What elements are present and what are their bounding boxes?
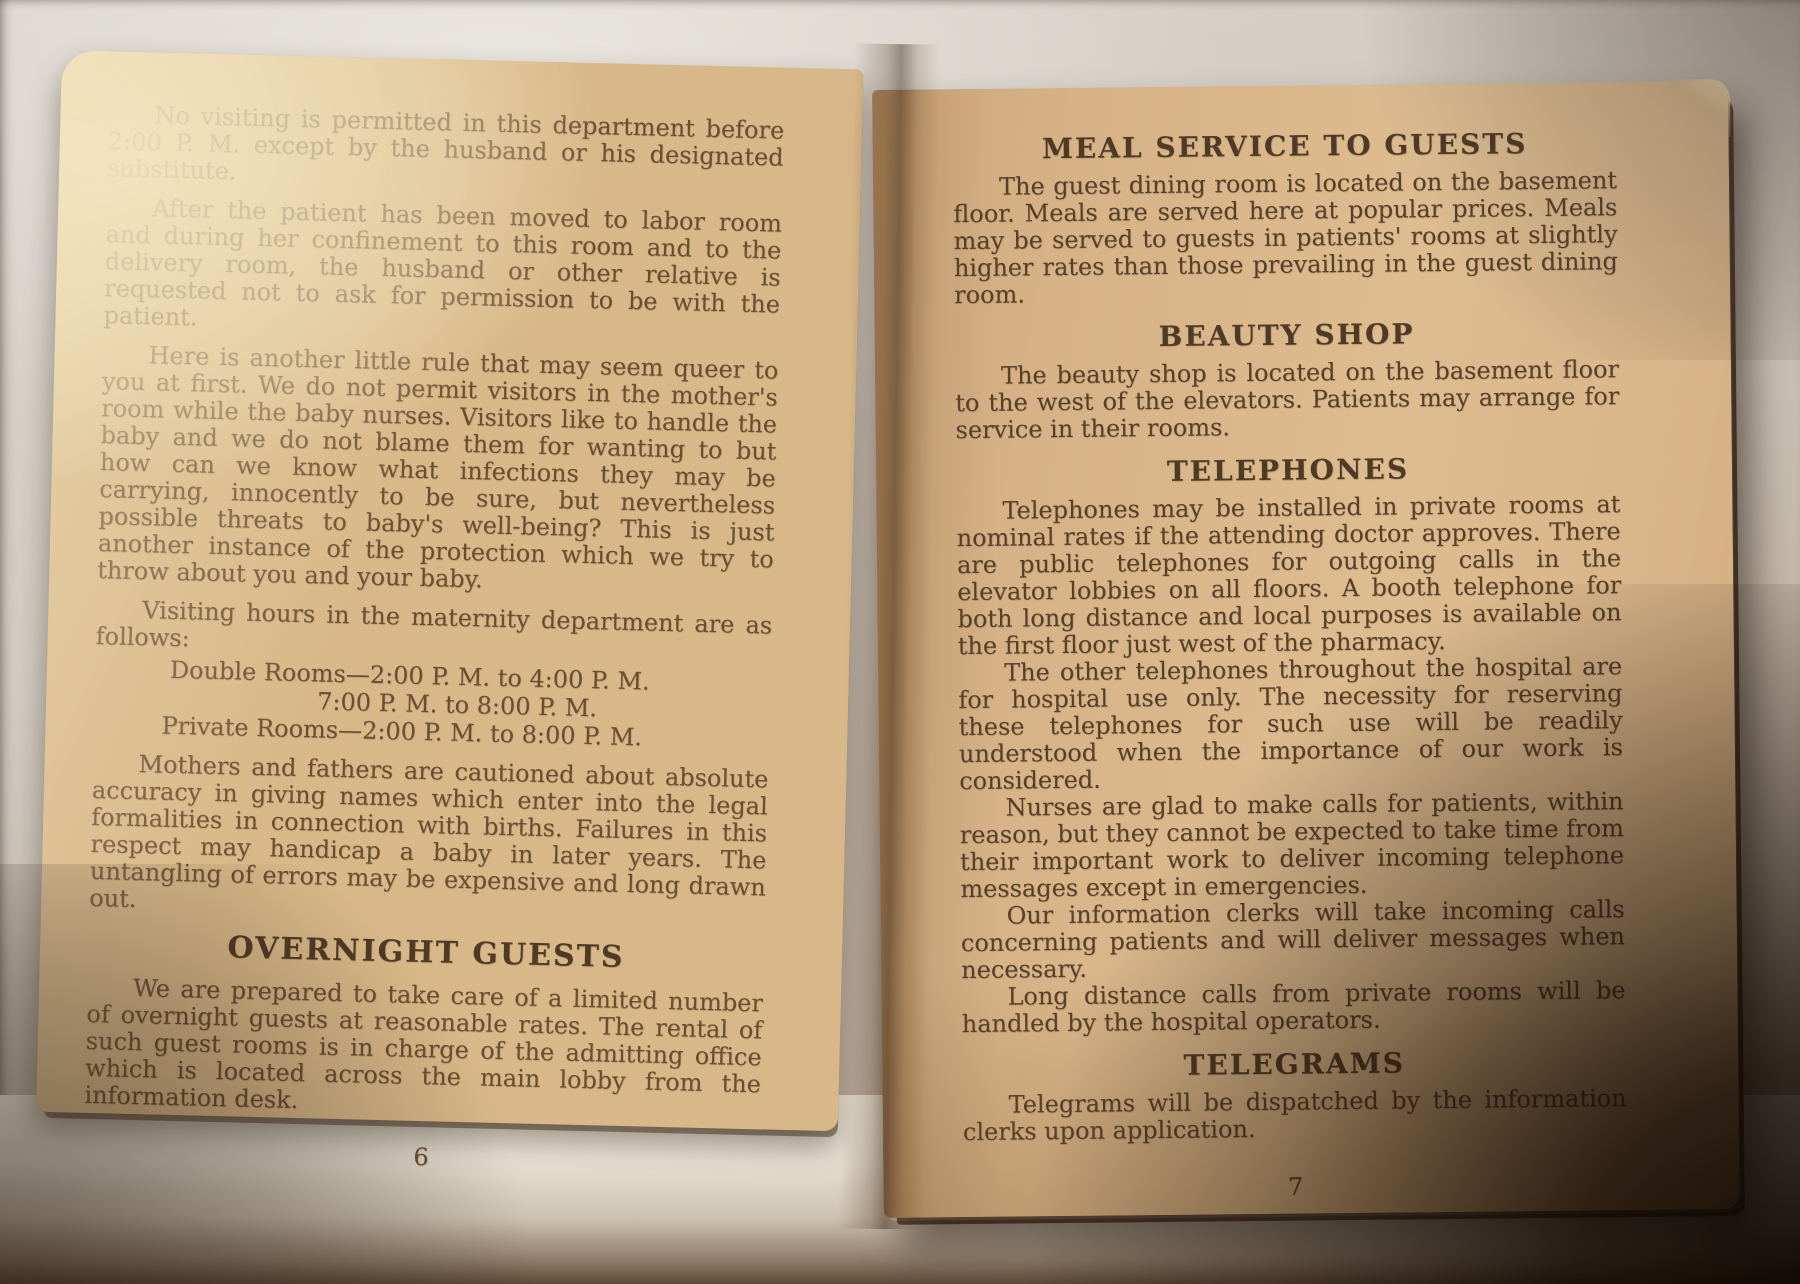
- page-6-text-column: No visiting is permitted in this departm…: [83, 101, 785, 1179]
- photo-of-open-booklet: No visiting is permitted in this departm…: [0, 0, 1800, 1284]
- paragraph-no-visiting: No visiting is permitted in this departm…: [107, 101, 785, 198]
- page-corner-curl: [1666, 79, 1731, 138]
- paragraph-telephones-long-distance: Long distance calls from private rooms w…: [961, 977, 1626, 1038]
- paragraph-telephones-information-clerks: Our information clerks will take incomin…: [961, 896, 1626, 984]
- paragraph-nursing-rule: Here is another little rule that may see…: [97, 341, 779, 600]
- section-heading-overnight-guests: OVERNIGHT GUESTS: [88, 928, 765, 979]
- paragraph-telephones-hospital-use: The other telephones throughout the hosp…: [958, 653, 1623, 795]
- paragraph-beauty-shop: The beauty shop is located on the baseme…: [955, 356, 1620, 444]
- page-number-left: 6: [83, 1135, 759, 1180]
- paragraph-name-accuracy: Mothers and fathers are cautioned about …: [89, 750, 769, 928]
- paragraph-telegrams: Telegrams will be dispatched by the info…: [962, 1085, 1627, 1146]
- page-7-text-column: MEAL SERVICE TO GUESTS The guest dining …: [952, 126, 1627, 1204]
- paragraph-telephones-install: Telephones may be installed in private r…: [956, 491, 1622, 660]
- booklet-page-right: MEAL SERVICE TO GUESTS The guest dining …: [872, 81, 1740, 1218]
- section-heading-beauty-shop: BEAUTY SHOP: [954, 315, 1618, 356]
- visiting-hours-list: Double Rooms—2:00 P. M. to 4:00 P. M. 7:…: [93, 654, 771, 754]
- paragraph-overnight-guests: We are prepared to take care of a limite…: [84, 974, 763, 1125]
- paragraph-after-patient-moved: After the patient has been moved to labo…: [103, 194, 782, 345]
- section-heading-telephones: TELEPHONES: [956, 450, 1620, 491]
- paragraph-telephones-nurses: Nurses are glad to make calls for patien…: [959, 788, 1624, 903]
- page-number-right: 7: [963, 1169, 1627, 1204]
- open-booklet: No visiting is permitted in this departm…: [0, 0, 1800, 1284]
- section-heading-telegrams: TELEGRAMS: [962, 1044, 1626, 1085]
- section-heading-meal-service: MEAL SERVICE TO GUESTS: [952, 126, 1616, 167]
- paragraph-meal-service: The guest dining room is located on the …: [953, 167, 1618, 309]
- booklet-page-left: No visiting is permitted in this departm…: [36, 50, 864, 1131]
